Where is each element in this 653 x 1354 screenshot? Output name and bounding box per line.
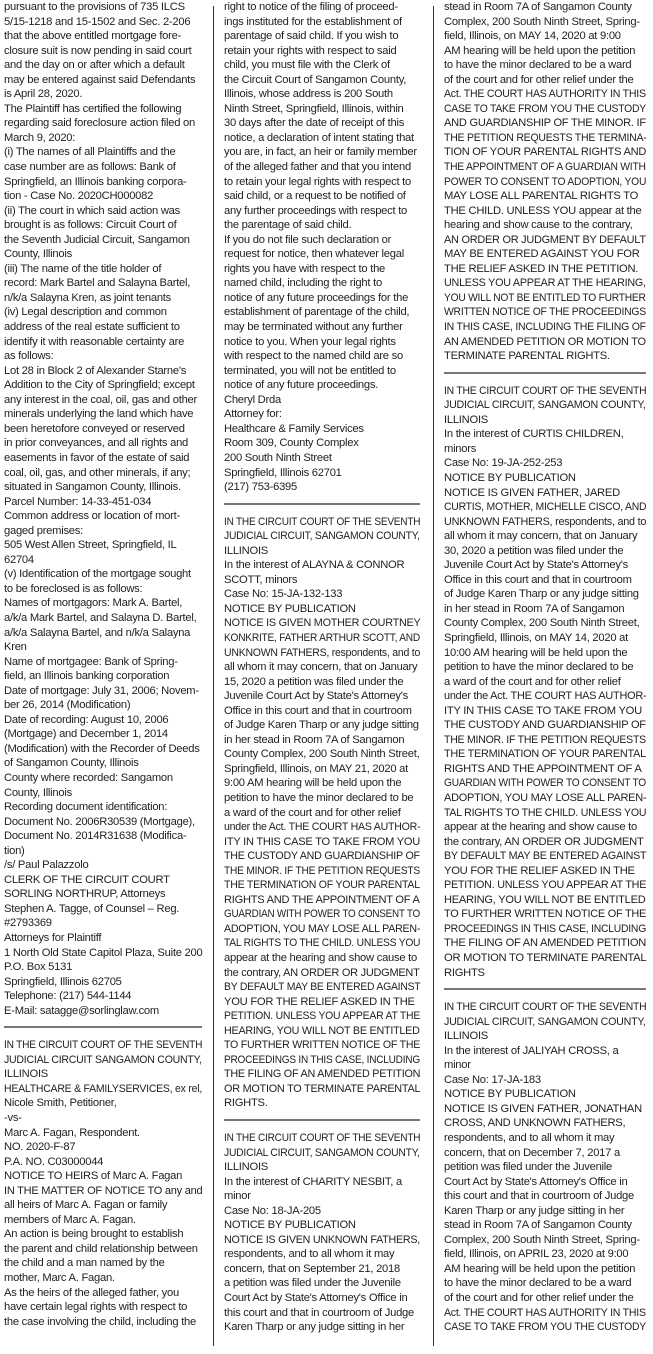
legal-notice-block: pursuant to the provisions of 735 ILCS5/…: [4, 0, 202, 1018]
notice-text-line: JUDICIAL CIRCUIT SANGAMON COUNTY,: [4, 1053, 191, 1068]
notice-text-line: NOTICE BY PUBLICATION: [224, 1218, 420, 1233]
notice-text-line: a ward of the court and for other relief: [224, 806, 420, 821]
notice-text-line: (ii) The court in which said action was: [4, 204, 202, 219]
notice-text-line: rights you have with respect to the: [224, 262, 420, 277]
notice-text-line: n/k/a Salayna Kren, as joint tenants: [4, 291, 202, 306]
notice-text-line: been heretofore conveyed or reserved: [4, 422, 202, 437]
notice-text-line: 10:00 AM hearing will be held upon the: [444, 646, 646, 661]
notice-text-line: petition to have the minor declared to b…: [224, 791, 420, 806]
notice-text-line: Karen Tharp or any judge sitting in her: [444, 1204, 646, 1219]
notice-text-line: minor: [224, 1189, 420, 1204]
notice-text-line: MAY LOSE ALL PARENTAL RIGHTS TO: [444, 189, 646, 204]
notice-text-line: retain your rights with respect to said: [224, 44, 420, 59]
column-divider: [213, 6, 214, 1346]
notice-text-line: of the court and for other relief under …: [444, 73, 646, 88]
notice-text-line: 30, 2020 a petition was filed under the: [444, 544, 646, 559]
notice-text-line: any further proceedings with respect to: [224, 204, 420, 219]
notice-text-line: the child and a man named by the: [4, 1256, 202, 1271]
notice-text-line: RIGHTS AND THE APPOINTMENT OF A: [224, 893, 418, 908]
notice-text-line: WRITTEN NOTICE OF THE PROCEEDINGS: [444, 305, 631, 320]
notice-text-line: 200 South Ninth Street: [224, 451, 420, 466]
notice-text-line: Names of mortgagors: Mark A. Bartel,: [4, 596, 202, 611]
notice-text-line: 9:00 AM hearing will be held upon the: [224, 776, 420, 791]
notice-text-line: NOTICE IS GIVEN UNKNOWN FATHERS,: [224, 1233, 411, 1248]
notice-text-line: Date of recording: August 10, 2006: [4, 713, 202, 728]
notice-text-line: THE MINOR. IF THE PETITION REQUESTS: [224, 864, 403, 879]
notice-text-line: CROSS, AND UNKNOWN FATHERS,: [444, 1116, 646, 1131]
notice-text-line: (217) 753-6395: [224, 480, 420, 495]
notice-text-line: 5/15-1218 and 15-1502 and Sec. 2-206: [4, 15, 202, 30]
notice-text-line: stead in Room 7A of Sangamon County: [444, 0, 646, 15]
notice-text-line: Attorneys for Plaintiff: [4, 931, 202, 946]
notice-text-line: ADOPTION, YOU MAY LOSE ALL PAREN-: [444, 791, 642, 806]
notice-text-line: minors: [444, 442, 646, 457]
notice-text-line: HEALTHCARE & FAMILYSERVICES, ex rel,: [4, 1082, 190, 1097]
notice-text-line: /s/ Paul Palazzolo: [4, 858, 202, 873]
notice-text-line: (Modification) with the Recorder of Deed…: [4, 742, 202, 757]
notice-text-line: this court and that in courtroom of Judg…: [444, 1189, 646, 1204]
notice-text-line: County where recorded: Sangamon: [4, 771, 202, 786]
notice-text-line: SORLING NORTHRUP, Attorneys: [4, 887, 202, 902]
notice-text-line: the case involving the child, including …: [4, 1315, 202, 1330]
notice-text-line: to have the minor declared to be a ward: [444, 1276, 646, 1291]
notice-text-line: 62704: [4, 553, 202, 568]
notice-text-line: UNLESS YOU APPEAR AT THE HEARING,: [444, 276, 638, 291]
notice-text-line: 1 North Old State Capitol Plaza, Suite 2…: [4, 946, 202, 961]
notice-text-line: THE TERMINATION OF YOUR PARENTAL: [224, 878, 409, 893]
notice-text-line: Complex, 200 South Ninth Street, Spring-: [444, 1233, 646, 1248]
notice-text-line: have certain legal rights with respect t…: [4, 1300, 202, 1315]
notice-text-line: TO FURTHER WRITTEN NOTICE OF THE: [444, 907, 641, 922]
column-2: right to notice of the filing of proceed…: [224, 0, 420, 1335]
notice-text-line: THE PETITION REQUESTS THE TERMINA-: [444, 131, 634, 146]
notice-text-line: Common address or location of mort-: [4, 509, 202, 524]
notice-text-line: P.O. Box 5131: [4, 960, 202, 975]
notice-text-line: KONKRITE, FATHER ARTHUR SCOTT, AND: [224, 631, 402, 646]
notice-text-line: a petition was filed under the Juvenile: [224, 1276, 420, 1291]
notice-text-line: March 9, 2020:: [4, 131, 202, 146]
notice-text-line: AM hearing will be held upon the petitio…: [444, 1262, 646, 1277]
notice-text-line: closure suit is now pending in said cour…: [4, 44, 202, 59]
notice-text-line: YOU FOR THE RELIEF ASKED IN THE: [444, 864, 646, 879]
column-3: stead in Room 7A of Sangamon CountyCompl…: [444, 0, 646, 1335]
notice-text-line: MAY BE ENTERED AGAINST YOU FOR: [444, 247, 646, 262]
notice-text-line: child, you must file with the Clerk of: [224, 58, 420, 73]
notice-text-line: ITY IN THIS CASE TO TAKE FROM YOU: [224, 835, 418, 850]
notice-text-line: address of the real estate sufficient to: [4, 320, 202, 335]
notice-text-line: RIGHTS: [444, 966, 646, 981]
legal-notice-block: right to notice of the filing of proceed…: [224, 0, 420, 495]
notice-text-line: all whom it may concern, that on January: [224, 660, 420, 675]
notice-text-line: and the day on or after which a default: [4, 58, 202, 73]
notice-text-line: mother, Marc A. Fagan.: [4, 1271, 202, 1286]
notice-text-line: Springfield, Illinois 62701: [224, 466, 420, 481]
notice-text-line: TAL RIGHTS TO THE CHILD. UNLESS YOU: [224, 936, 404, 951]
notice-text-line: Karen Tharp or any judge sitting in her: [224, 1320, 420, 1335]
notice-text-line: with respect to the named child are so: [224, 349, 420, 364]
notice-text-line: notice to you. When your legal rights: [224, 335, 420, 350]
notice-text-line: the Circuit Court of Sangamon County,: [224, 73, 420, 88]
notice-text-line: Ninth Street, Springfield, Illinois, wit…: [224, 102, 420, 117]
notice-text-line: petition to have the minor declared to b…: [444, 660, 646, 675]
notice-text-line: HEARING, YOU WILL NOT BE ENTITLED: [444, 893, 644, 908]
notice-text-line: NOTICE IS GIVEN FATHER, JARED: [444, 486, 646, 501]
notice-text-line: IN THE CIRCUIT COURT OF THE SEVENTH: [444, 1000, 631, 1015]
notice-text-line: establishment of parentage of the child,: [224, 305, 420, 320]
notice-text-line: E-Mail: satagge@sorlinglaw.com: [4, 1004, 202, 1019]
notice-text-line: ILLINOIS: [4, 1067, 202, 1082]
notice-text-line: Springfield, Illinois, on MAY 14, 2020 a…: [444, 631, 646, 646]
notice-text-line: IN THE MATTER OF NOTICE TO any and: [4, 1184, 199, 1199]
notice-text-line: Addition to the City of Springfield; exc…: [4, 378, 202, 393]
notice-text-line: THE CUSTODY AND GUARDIANSHIP OF: [224, 849, 411, 864]
notice-text-line: Parcel Number: 14-33-451-034: [4, 495, 202, 510]
notice-text-line: of Sangamon County, Illinois: [4, 756, 202, 771]
notice-text-line: of the court and for other relief under …: [444, 1291, 646, 1306]
notice-text-line: An action is being brought to establish: [4, 1227, 202, 1242]
notice-text-line: Recording document identification:: [4, 800, 202, 815]
notice-text-line: of Judge Karen Tharp or any judge sittin…: [444, 587, 646, 602]
notice-text-line: ADOPTION, YOU MAY LOSE ALL PAREN-: [224, 922, 410, 937]
notice-text-line: a/k/a Salayna Bartel, and n/k/a Salayna: [4, 626, 202, 641]
notice-text-line: in her stead in Room 7A of Sangamon: [444, 602, 646, 617]
notice-text-line: THE CHILD. UNLESS YOU appear at the: [444, 204, 646, 219]
notice-text-line: Document No. 2014R31638 (Modifica-: [4, 829, 202, 844]
notice-text-line: County Complex, 200 South Ninth Street,: [444, 616, 646, 631]
notice-text-line: case number are as follows: Bank of: [4, 160, 202, 175]
notice-text-line: Juvenile Court Act by State's Attorney's: [444, 558, 646, 573]
notice-text-line: ILLINOIS: [444, 413, 646, 428]
notice-separator-rule: [444, 988, 646, 990]
notice-text-line: Attorney for:: [224, 407, 420, 422]
notice-text-line: said child, or a request to be notified …: [224, 189, 420, 204]
notice-text-line: this court and that in courtroom of Judg…: [224, 1306, 420, 1321]
notice-text-line: YOU FOR THE RELIEF ASKED IN THE: [224, 995, 420, 1010]
notice-text-line: IN THE CIRCUIT COURT OF THE SEVENTH: [224, 1131, 400, 1146]
notice-text-line: hearing and show cause to the contrary,: [444, 218, 646, 233]
notice-text-line: the parent and child relationship betwee…: [4, 1242, 202, 1257]
notice-text-line: IN THE CIRCUIT COURT OF THE SEVENTH: [4, 1038, 184, 1053]
notice-text-line: right to notice of the filing of proceed…: [224, 0, 420, 15]
notice-text-line: the contrary, AN ORDER OR JUDGMENT: [444, 835, 646, 850]
notice-text-line: #2793369: [4, 916, 202, 931]
notice-text-line: as follows:: [4, 349, 202, 364]
notice-text-line: to retain your legal rights with respect…: [224, 175, 420, 190]
notice-text-line: P.A. NO. C03000044: [4, 1155, 202, 1170]
notice-text-line: to be foreclosed is as follows:: [4, 582, 202, 597]
notice-separator-rule: [444, 372, 646, 374]
notice-text-line: of Judge Karen Tharp or any judge sittin…: [224, 718, 420, 733]
notice-text-line: stead in Room 7A of Sangamon County: [444, 1218, 646, 1233]
notice-separator-rule: [224, 1119, 420, 1121]
notice-text-line: CURTIS, MOTHER, MICHELLE CISCO, AND: [444, 500, 632, 515]
notice-text-line: IN THIS CASE, INCLUDING THE FILING OF: [444, 320, 634, 335]
notice-text-line: Office in this court and that in courtro…: [444, 573, 646, 588]
notice-text-line: JUDICIAL CIRCUIT, SANGAMON COUNTY,: [444, 398, 637, 413]
notice-text-line: RIGHTS.: [224, 1096, 420, 1111]
notice-text-line: a ward of the court and for other relief: [444, 675, 646, 690]
notice-text-line: ILLINOIS: [444, 1029, 646, 1044]
legal-notice-block: IN THE CIRCUIT COURT OF THE SEVENTHJUDIC…: [444, 384, 646, 980]
notice-text-line: (v) Identification of the mortgage sough…: [4, 567, 202, 582]
notice-text-line: CASE TO TAKE FROM YOU THE CUSTODY: [444, 1320, 631, 1335]
notice-text-line: If you do not file such declaration or: [224, 233, 420, 248]
notice-separator-rule: [4, 1026, 202, 1028]
notice-text-line: a/k/a Mark Bartel, and Salayna D. Bartel…: [4, 611, 202, 626]
notice-text-line: all heirs of Marc A. Fagan or family: [4, 1198, 202, 1213]
notice-text-line: Act. THE COURT HAS AUTHORITY IN THIS: [444, 87, 635, 102]
notice-text-line: Juvenile Court Act by State's Attorney's: [224, 689, 420, 704]
notice-text-line: Case No: 17-JA-183: [444, 1073, 646, 1088]
notice-text-line: identify it with reasonable certainty ar…: [4, 335, 202, 350]
legal-notice-block: IN THE CIRCUIT COURT OF THE SEVENTHJUDIC…: [444, 1000, 646, 1335]
notice-text-line: The Plaintiff has certified the followin…: [4, 102, 202, 117]
notice-text-line: in her stead in Room 7A of Sangamon: [224, 733, 420, 748]
notice-separator-rule: [224, 503, 420, 505]
notice-text-line: notice, a declaration of intent stating …: [224, 131, 420, 146]
notice-text-line: BY DEFAULT MAY BE ENTERED AGAINST: [444, 849, 637, 864]
notice-text-line: SCOTT, minors: [224, 573, 420, 588]
notice-text-line: Case No: 15-JA-132-133: [224, 587, 420, 602]
notice-text-line: of the alleged father and that you inten…: [224, 160, 420, 175]
notice-text-line: under the Act. THE COURT HAS AUTHOR-: [444, 689, 641, 704]
legal-notice-block: IN THE CIRCUIT COURT OF THE SEVENTHJUDIC…: [224, 515, 420, 1111]
notice-text-line: In the interest of JALIYAH CROSS, a: [444, 1044, 646, 1059]
notice-text-line: (iv) Legal description and common: [4, 305, 202, 320]
notice-text-line: Springfield, Illinois 62705: [4, 975, 202, 990]
notice-text-line: appear at the hearing and show cause to: [444, 820, 646, 835]
notice-text-line: Court Act by State's Attorney's Office i…: [224, 1291, 420, 1306]
notice-text-line: THE CUSTODY AND GUARDIANSHIP OF: [444, 718, 643, 733]
notice-text-line: 15, 2020 a petition was filed under the: [224, 675, 420, 690]
notice-text-line: OR MOTION TO TERMINATE PARENTAL: [224, 1082, 414, 1097]
notice-text-line: THE FILING OF AN AMENDED PETITION: [444, 936, 645, 951]
notice-text-line: RIGHTS AND THE APPOINTMENT OF A: [444, 762, 646, 777]
notice-text-line: Springfield, Illinois, on MAY 21, 2020 a…: [224, 762, 420, 777]
notice-text-line: In the interest of CHARITY NESBIT, a: [224, 1175, 420, 1190]
notice-text-line: NOTICE BY PUBLICATION: [224, 602, 420, 617]
notice-text-line: Name of mortgagee: Bank of Spring-: [4, 655, 202, 670]
notice-text-line: UNKNOWN FATHERS, respondents, and to: [444, 515, 639, 530]
notice-text-line: Court Act by State's Attorney's Office i…: [444, 1175, 646, 1190]
notice-text-line: 30 days after the date of receipt of thi…: [224, 116, 420, 131]
notice-text-line: CLERK OF THE CIRCUIT COURT: [4, 873, 202, 888]
notice-text-line: THE RELIEF ASKED IN THE PETITION.: [444, 262, 646, 277]
legal-notice-block: IN THE CIRCUIT COURT OF THE SEVENTHJUDIC…: [224, 1131, 420, 1335]
notice-text-line: members of Marc A. Fagan.: [4, 1213, 202, 1228]
column-1: pursuant to the provisions of 735 ILCS5/…: [4, 0, 202, 1329]
notice-text-line: may be entered against said Defendants: [4, 73, 202, 88]
notice-text-line: Springfield, an Illinois banking corpora…: [4, 175, 202, 190]
notice-text-line: NO. 2020-F-87: [4, 1140, 202, 1155]
notice-text-line: situated in Sangamon County, Illinois.: [4, 480, 202, 495]
notice-text-line: record: Mark Bartel and Salayna Bartel,: [4, 276, 202, 291]
notice-text-line: PROCEEDINGS IN THIS CASE, INCLUDING: [444, 922, 631, 937]
notice-text-line: that the above entitled mortgage fore-: [4, 29, 202, 44]
notice-text-line: (i) The names of all Plaintiffs and the: [4, 145, 202, 160]
notice-text-line: field, an Illinois banking corporation: [4, 669, 202, 684]
notice-text-line: THE MINOR. IF THE PETITION REQUESTS: [444, 733, 634, 748]
notice-text-line: POWER TO CONSENT TO ADOPTION, YOU: [444, 175, 630, 190]
notice-text-line: regarding said foreclosure action filed …: [4, 116, 202, 131]
notice-text-line: field, Illinois, on MAY 14, 2020 at 9:00: [444, 29, 646, 44]
notice-text-line: Room 309, County Complex: [224, 436, 420, 451]
notice-text-line: Illinois, whose address is 200 South: [224, 87, 420, 102]
notice-text-line: CASE TO TAKE FROM YOU THE CUSTODY: [444, 102, 631, 117]
notice-text-line: Marc A. Fagan, Respondent.: [4, 1126, 202, 1141]
notice-text-line: JUDICIAL CIRCUIT, SANGAMON COUNTY,: [224, 529, 405, 544]
notice-text-line: IN THE CIRCUIT COURT OF THE SEVENTH: [444, 384, 631, 399]
notice-text-line: Case No: 19-JA-252-253: [444, 456, 646, 471]
notice-text-line: Healthcare & Family Services: [224, 422, 420, 437]
column-divider: [433, 6, 434, 1346]
notice-text-line: ITY IN THIS CASE TO TAKE FROM YOU: [444, 704, 646, 719]
notice-text-line: minor: [444, 1058, 646, 1073]
notice-text-line: THE TERMINATION OF YOUR PARENTAL: [444, 747, 640, 762]
notice-text-line: Kren: [4, 640, 202, 655]
notice-text-line: ber 26, 2014 (Modification): [4, 698, 202, 713]
notice-text-line: County, Illinois: [4, 247, 202, 262]
notice-text-line: named child, including the right to: [224, 276, 420, 291]
notice-text-line: GUARDIAN WITH POWER TO CONSENT TO: [224, 907, 397, 922]
notice-text-line: JUDICIAL CIRCUIT, SANGAMON COUNTY,: [224, 1146, 405, 1161]
notice-text-line: (iii) The name of the title holder of: [4, 262, 202, 277]
notice-text-line: 505 West Allen Street, Springfield, IL: [4, 538, 202, 553]
notice-text-line: terminated, you will not be entitled to: [224, 364, 420, 379]
notice-text-line: UNKNOWN FATHERS, respondents, and to: [224, 646, 408, 661]
notice-text-line: Telephone: (217) 544-1144: [4, 989, 202, 1004]
notice-text-line: pursuant to the provisions of 735 ILCS: [4, 0, 202, 15]
notice-text-line: easements in favor of the estate of said: [4, 451, 202, 466]
notice-text-line: concern, that on December 7, 2017 a: [444, 1146, 646, 1161]
notice-text-line: AN ORDER OR JUDGMENT BY DEFAULT: [444, 233, 641, 248]
notice-text-line: JUDICIAL CIRCUIT, SANGAMON COUNTY,: [444, 1015, 637, 1030]
notice-text-line: brought is as follows: Circuit Court of: [4, 218, 202, 233]
notice-text-line: OR MOTION TO TERMINATE PARENTAL: [444, 951, 646, 966]
notice-text-line: As the heirs of the alleged father, you: [4, 1286, 202, 1301]
notice-text-line: gaged premises:: [4, 524, 202, 539]
notice-text-line: tion - Case No. 2020CH000082: [4, 189, 202, 204]
notice-text-line: in prior conveyances, and all rights and: [4, 436, 202, 451]
notice-text-line: request for notice, then whatever legal: [224, 247, 420, 262]
notice-text-line: NOTICE BY PUBLICATION: [444, 471, 646, 486]
notice-text-line: NOTICE IS GIVEN FATHER, JONATHAN: [444, 1102, 646, 1117]
notice-text-line: petition was filed under the Juvenile: [444, 1160, 646, 1175]
notice-text-line: notice of any future proceedings.: [224, 378, 420, 393]
notice-text-line: PROCEEDINGS IN THIS CASE, INCLUDING: [224, 1053, 400, 1068]
notice-text-line: the parentage of said child.: [224, 218, 420, 233]
notice-text-line: tion): [4, 844, 202, 859]
notice-text-line: Office in this court and that in courtro…: [224, 704, 420, 719]
notice-text-line: the Seventh Judicial Circuit, Sangamon: [4, 233, 202, 248]
notice-text-line: appear at the hearing and show cause to: [224, 951, 420, 966]
notice-text-line: all whom it may concern, that on January: [444, 529, 646, 544]
notice-text-line: TION OF YOUR PARENTAL RIGHTS AND: [444, 145, 644, 160]
notice-text-line: NOTICE TO HEIRS of Marc A. Fagan: [4, 1169, 202, 1184]
notice-text-line: coal, oil, gas, and other minerals, if a…: [4, 466, 202, 481]
notice-text-line: under the Act. THE COURT HAS AUTHOR-: [224, 820, 410, 835]
legal-notice-block: stead in Room 7A of Sangamon CountyCompl…: [444, 0, 646, 364]
notice-text-line: Cheryl Drda: [224, 393, 420, 408]
notice-text-line: In the interest of CURTIS CHILDREN,: [444, 427, 646, 442]
notice-text-line: AND GUARDIANSHIP OF THE MINOR. IF: [444, 116, 644, 131]
notice-text-line: any interest in the coal, oil, gas and o…: [4, 393, 202, 408]
notice-text-line: to have the minor declared to be a ward: [444, 58, 646, 73]
notice-text-line: Document No. 2006R30539 (Mortgage),: [4, 815, 202, 830]
notice-text-line: ings instituted for the establishment of: [224, 15, 420, 30]
notice-text-line: notice of any future proceedings for the: [224, 291, 420, 306]
notice-text-line: (Mortgage) and December 1, 2014: [4, 727, 202, 742]
notice-text-line: minerals underlying the land which have: [4, 407, 202, 422]
notice-text-line: AN AMENDED PETITION OR MOTION TO: [444, 335, 641, 350]
notice-text-line: parentage of said child. If you wish to: [224, 29, 420, 44]
notice-text-line: Case No: 18-JA-205: [224, 1204, 420, 1219]
notice-text-line: Nicole Smith, Petitioner,: [4, 1096, 202, 1111]
notice-text-line: THE APPOINTMENT OF A GUARDIAN WITH: [444, 160, 630, 175]
notice-text-line: Stephen A. Tagge, of Counsel – Reg.: [4, 902, 202, 917]
notice-text-line: NOTICE BY PUBLICATION: [444, 1087, 646, 1102]
notice-text-line: Date of mortgage: July 31, 2006; Novem-: [4, 684, 202, 699]
notice-text-line: Act. THE COURT HAS AUTHORITY IN THIS: [444, 1306, 635, 1321]
notice-text-line: TO FURTHER WRITTEN NOTICE OF THE: [224, 1038, 410, 1053]
notice-text-line: NOTICE IS GIVEN MOTHER COURTNEY: [224, 616, 413, 631]
legal-notices-page: pursuant to the provisions of 735 ILCS5/…: [0, 0, 653, 1354]
notice-text-line: In the interest of ALAYNA & CONNOR: [224, 558, 420, 573]
notice-text-line: Complex, 200 South Ninth Street, Spring-: [444, 15, 646, 30]
notice-text-line: IN THE CIRCUIT COURT OF THE SEVENTH: [224, 515, 400, 530]
notice-text-line: you are, in fact, an heir or family memb…: [224, 145, 420, 160]
notice-text-line: GUARDIAN WITH POWER TO CONSENT TO: [444, 776, 628, 791]
notice-text-line: concern, that on September 21, 2018: [224, 1262, 420, 1277]
notice-text-line: -vs-: [4, 1111, 202, 1126]
notice-text-line: respondents, and to all whom it may: [224, 1247, 420, 1262]
notice-text-line: is April 28, 2020.: [4, 87, 202, 102]
notice-text-line: respondents, and to all whom it may: [444, 1131, 646, 1146]
notice-text-line: may be terminated without any further: [224, 320, 420, 335]
notice-text-line: Lot 28 in Block 2 of Alexander Starne's: [4, 364, 202, 379]
notice-text-line: ILLINOIS: [224, 1160, 420, 1175]
legal-notice-block: IN THE CIRCUIT COURT OF THE SEVENTHJUDIC…: [4, 1038, 202, 1329]
notice-text-line: PETITION. UNLESS YOU APPEAR AT THE: [444, 878, 638, 893]
notice-text-line: the contrary, AN ORDER OR JUDGMENT: [224, 966, 416, 981]
notice-text-line: field, Illinois, on APRIL 23, 2020 at 9:…: [444, 1247, 646, 1262]
notice-text-line: THE FILING OF AN AMENDED PETITION: [224, 1067, 413, 1082]
notice-text-line: County Complex, 200 South Ninth Street,: [224, 747, 420, 762]
notice-text-line: TERMINATE PARENTAL RIGHTS.: [444, 349, 646, 364]
notice-text-line: AM hearing will be held upon the petitio…: [444, 44, 646, 59]
notice-text-line: TAL RIGHTS TO THE CHILD. UNLESS YOU: [444, 806, 635, 821]
notice-text-line: County, Illinois: [4, 786, 202, 801]
notice-text-line: HEARING, YOU WILL NOT BE ENTITLED: [224, 1024, 412, 1039]
notice-text-line: BY DEFAULT MAY BE ENTERED AGAINST: [224, 980, 406, 995]
notice-text-line: YOU WILL NOT BE ENTITLED TO FURTHER: [444, 291, 629, 306]
notice-text-line: PETITION. UNLESS YOU APPEAR AT THE: [224, 1009, 407, 1024]
notice-text-line: ILLINOIS: [224, 544, 420, 559]
